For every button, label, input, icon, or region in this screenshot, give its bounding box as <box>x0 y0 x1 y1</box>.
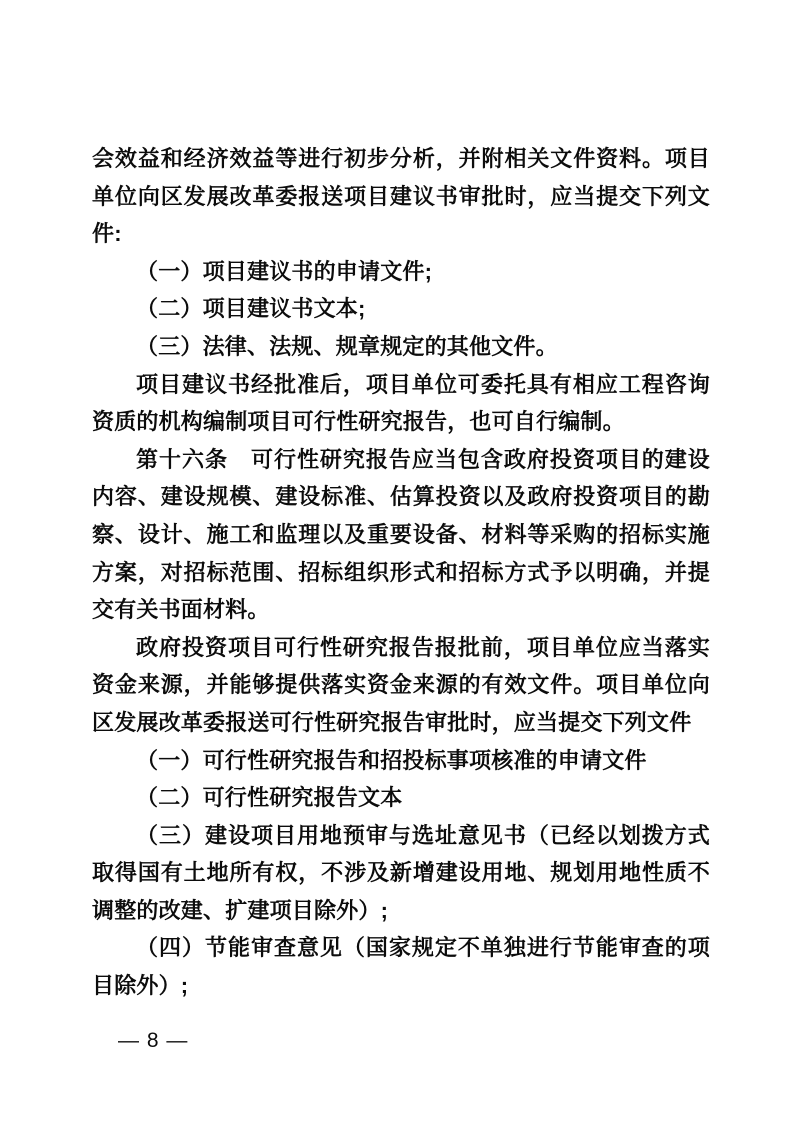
list-item-2-4: （四）节能审查意见（国家规定不单独进行节能审查的项目除外）; <box>92 929 710 1004</box>
paragraph-feasibility-report: 政府投资项目可行性研究报告报批前，项目单位应当落实资金来源，并能够提供落实资金来… <box>92 629 710 742</box>
paragraph-continuation: 会效益和经济效益等进行初步分析，并附相关文件资料。项目单位向区发展改革委报送项目… <box>92 140 710 253</box>
paragraph-approval: 项目建议书经批准后，项目单位可委托具有相应工程咨询资质的机构编制项目可行性研究报… <box>92 366 710 441</box>
list-item-2-3: （三）建设项目用地预审与选址意见书（已经以划拨方式取得国有土地所有权，不涉及新增… <box>92 817 710 930</box>
document-body: 会效益和经济效益等进行初步分析，并附相关文件资料。项目单位向区发展改革委报送项目… <box>92 140 710 1005</box>
paragraph-article-16: 第十六条 可行性研究报告应当包含政府投资项目的建设内容、建设规模、建设标准、估算… <box>92 441 710 629</box>
list-item-2-2: （二）可行性研究报告文本 <box>92 779 710 817</box>
list-item-1-3: （三）法律、法规、规章规定的其他文件。 <box>92 328 710 366</box>
list-item-2-1: （一）可行性研究报告和招投标事项核准的申请文件 <box>92 742 710 780</box>
list-item-1-1: （一）项目建议书的申请文件; <box>92 253 710 291</box>
page-number: — 8 — <box>118 1026 188 1056</box>
list-item-1-2: （二）项目建议书文本; <box>92 290 710 328</box>
document-page: 会效益和经济效益等进行初步分析，并附相关文件资料。项目单位向区发展改革委报送项目… <box>0 0 793 1122</box>
